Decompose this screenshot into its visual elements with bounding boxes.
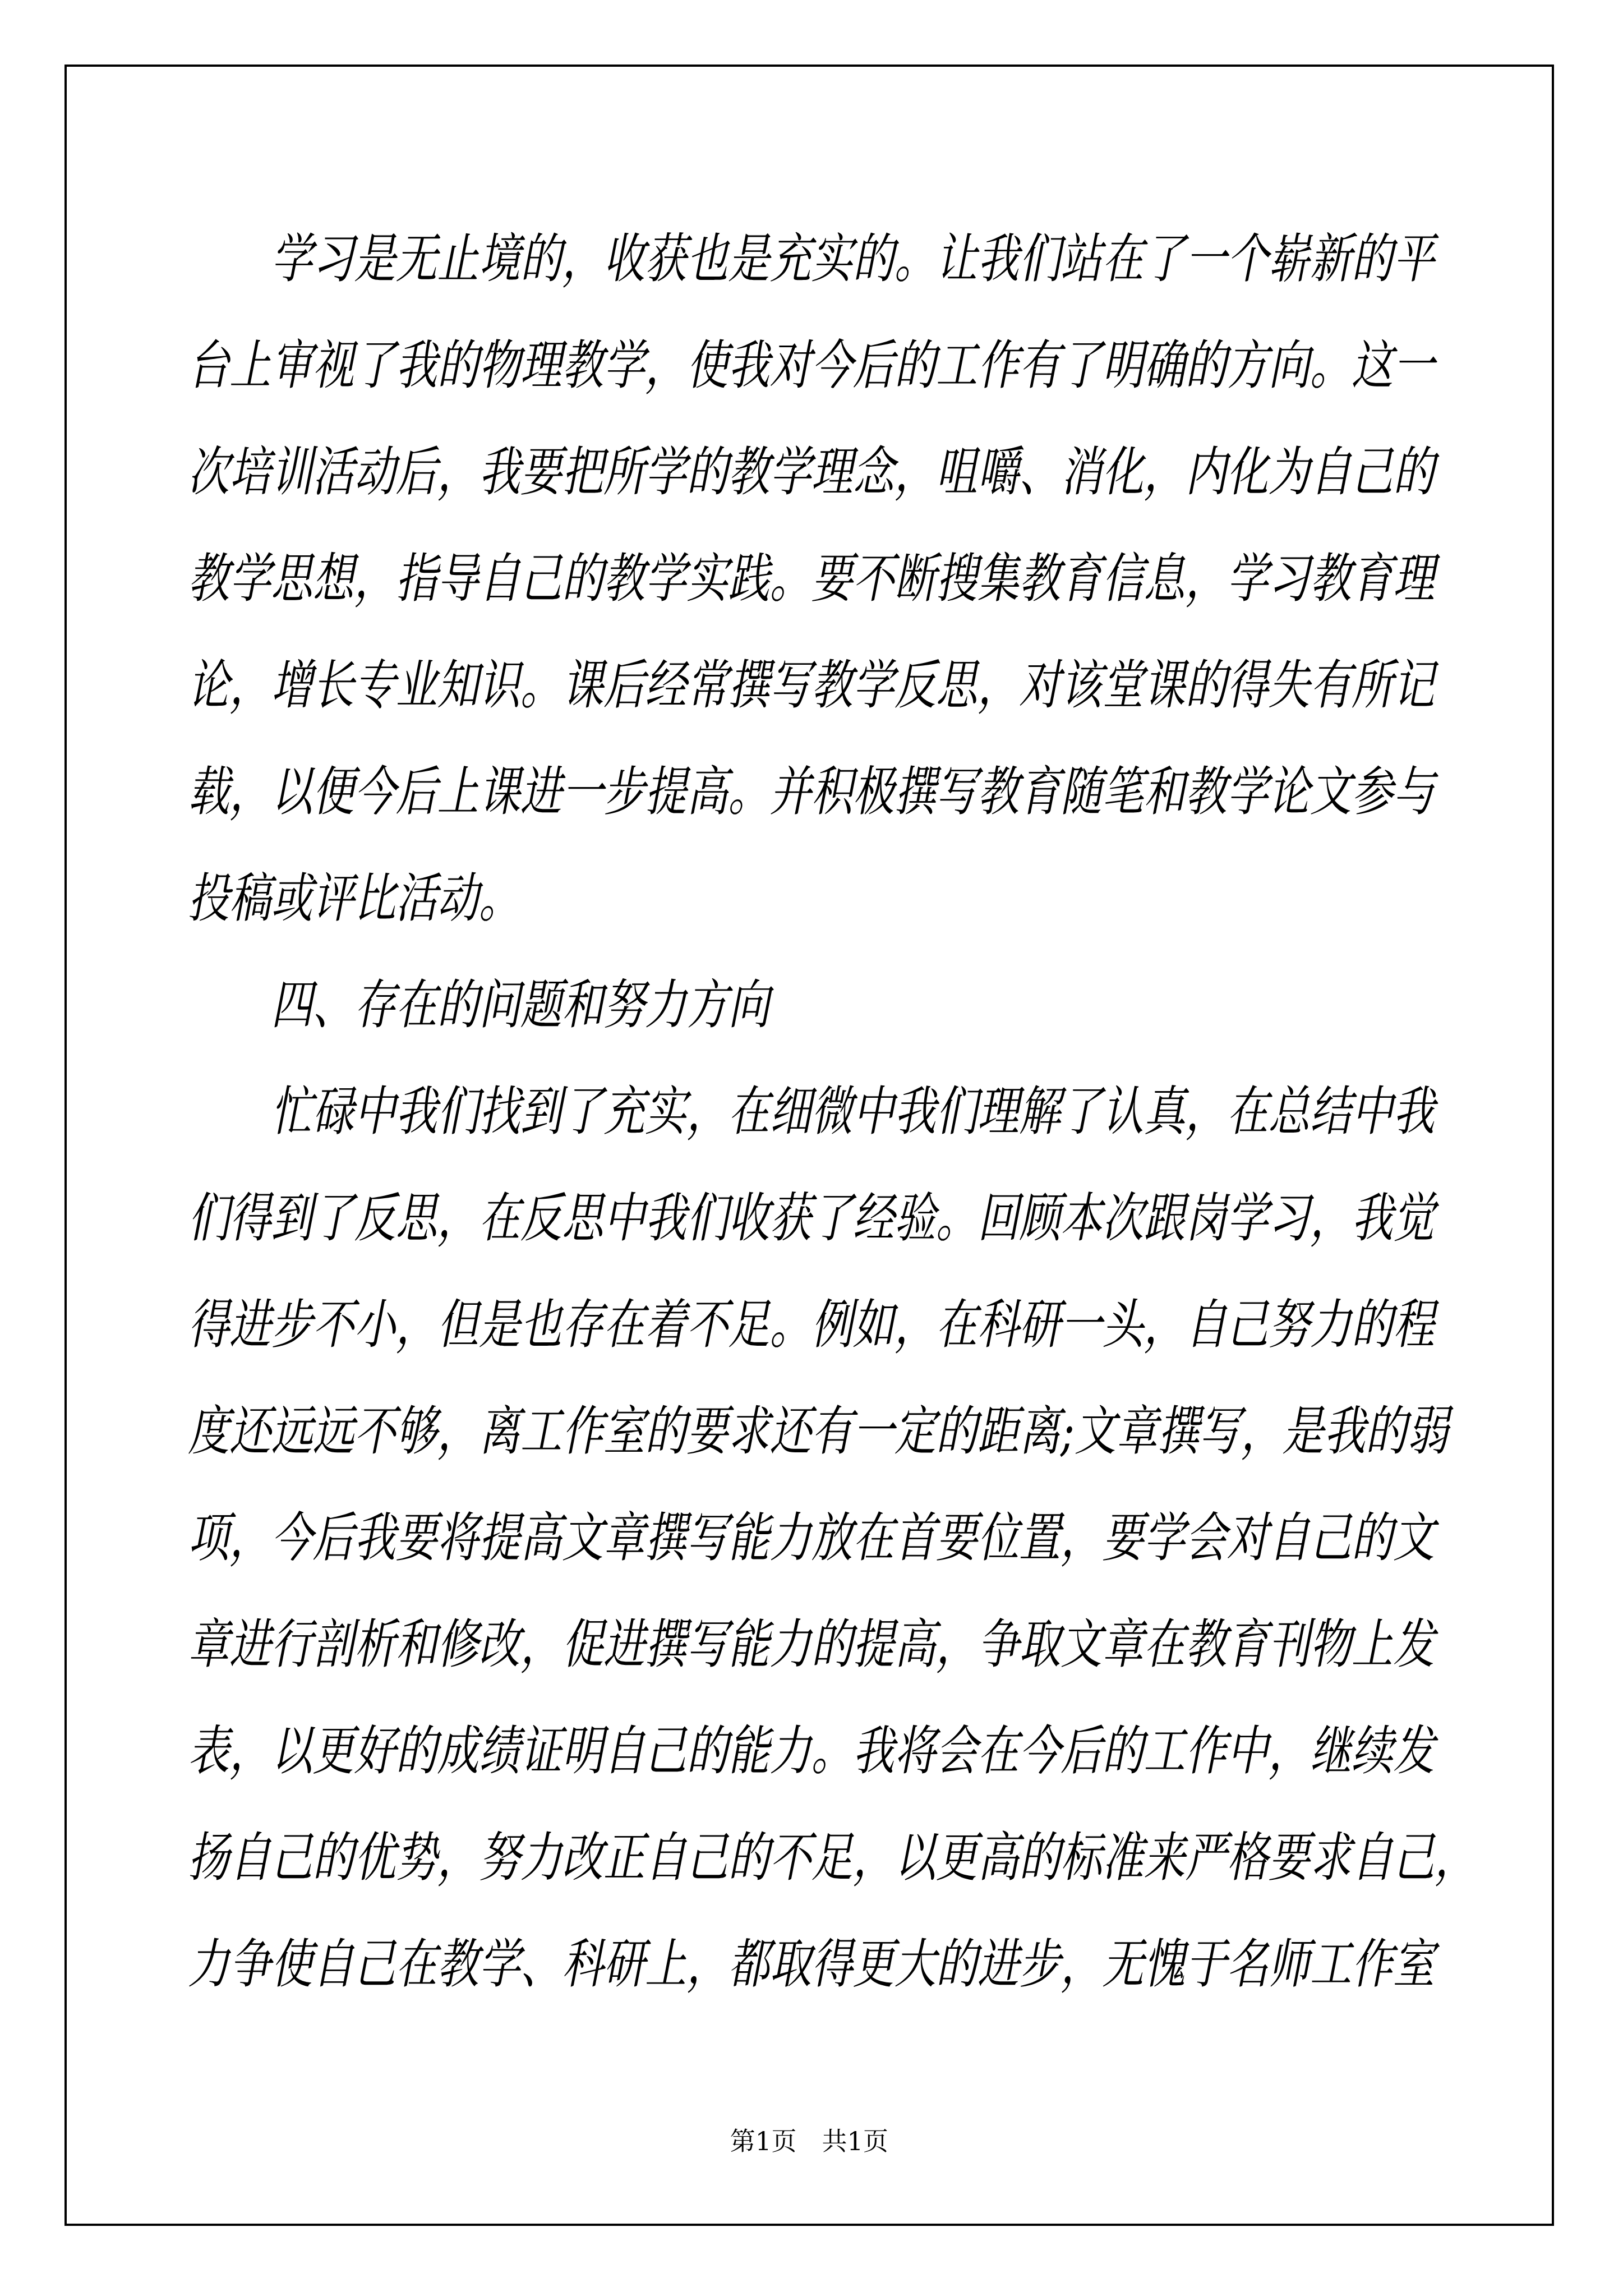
text-line: 忙碌中我们找到了充实，在细微中我们理解了认真，在总结中我 — [188, 1059, 1168, 1165]
text-line: 得进步不小，但是也存在着不足。例如，在科研一头，自己努力的程 — [188, 1272, 1168, 1378]
text-line: 表，以更好的成绩证明自己的能力。我将会在今后的工作中，继续发 — [188, 1698, 1168, 1805]
page-number-footer: 第1页 共1页 — [64, 2125, 1554, 2159]
text-line: 度还远远不够，离工作室的要求还有一定的距离;文章撰写，是我的弱 — [188, 1378, 1168, 1485]
text-line: 投稿或评比活动。 — [188, 845, 1168, 952]
document-page: 学习是无止境的，收获也是充实的。让我们站在了一个崭新的平 台上审视了我的物理教学… — [0, 0, 1623, 2296]
text-line: 教学思想，指导自己的教学实践。要不断搜集教育信息，学习教育理 — [188, 526, 1168, 632]
text-line: 台上审视了我的物理教学，使我对今后的工作有了明确的方向。这一 — [188, 312, 1168, 419]
text-line: 载，以便今后上课进一步提高。并积极撰写教育随笔和教学论文参与 — [188, 739, 1168, 845]
text-line: 论，增长专业知识。课后经常撰写教学反思，对该堂课的得失有所记 — [188, 632, 1168, 739]
text-line: 们得到了反思，在反思中我们收获了经验。回顾本次跟岗学习，我觉 — [188, 1165, 1168, 1272]
text-line: 章进行剖析和修改，促进撰写能力的提高，争取文章在教育刊物上发 — [188, 1591, 1168, 1698]
document-body: 学习是无止境的，收获也是充实的。让我们站在了一个崭新的平 台上审视了我的物理教学… — [188, 206, 1444, 2018]
text-line: 力争使自己在教学、科研上，都取得更大的进步，无愧于名师工作室 — [188, 1911, 1168, 2018]
section-heading: 四、存在的问题和努力方向 — [188, 952, 1168, 1059]
text-line: 扬自己的优势，努力改正自己的不足，以更高的标准来严格要求自己， — [188, 1805, 1168, 1911]
text-line: 学习是无止境的，收获也是充实的。让我们站在了一个崭新的平 — [188, 206, 1168, 312]
text-line: 次培训活动后，我要把所学的教学理念，咀嚼、消化，内化为自己的 — [188, 419, 1168, 526]
text-line: 项，今后我要将提高文章撰写能力放在首要位置，要学会对自己的文 — [188, 1485, 1168, 1591]
